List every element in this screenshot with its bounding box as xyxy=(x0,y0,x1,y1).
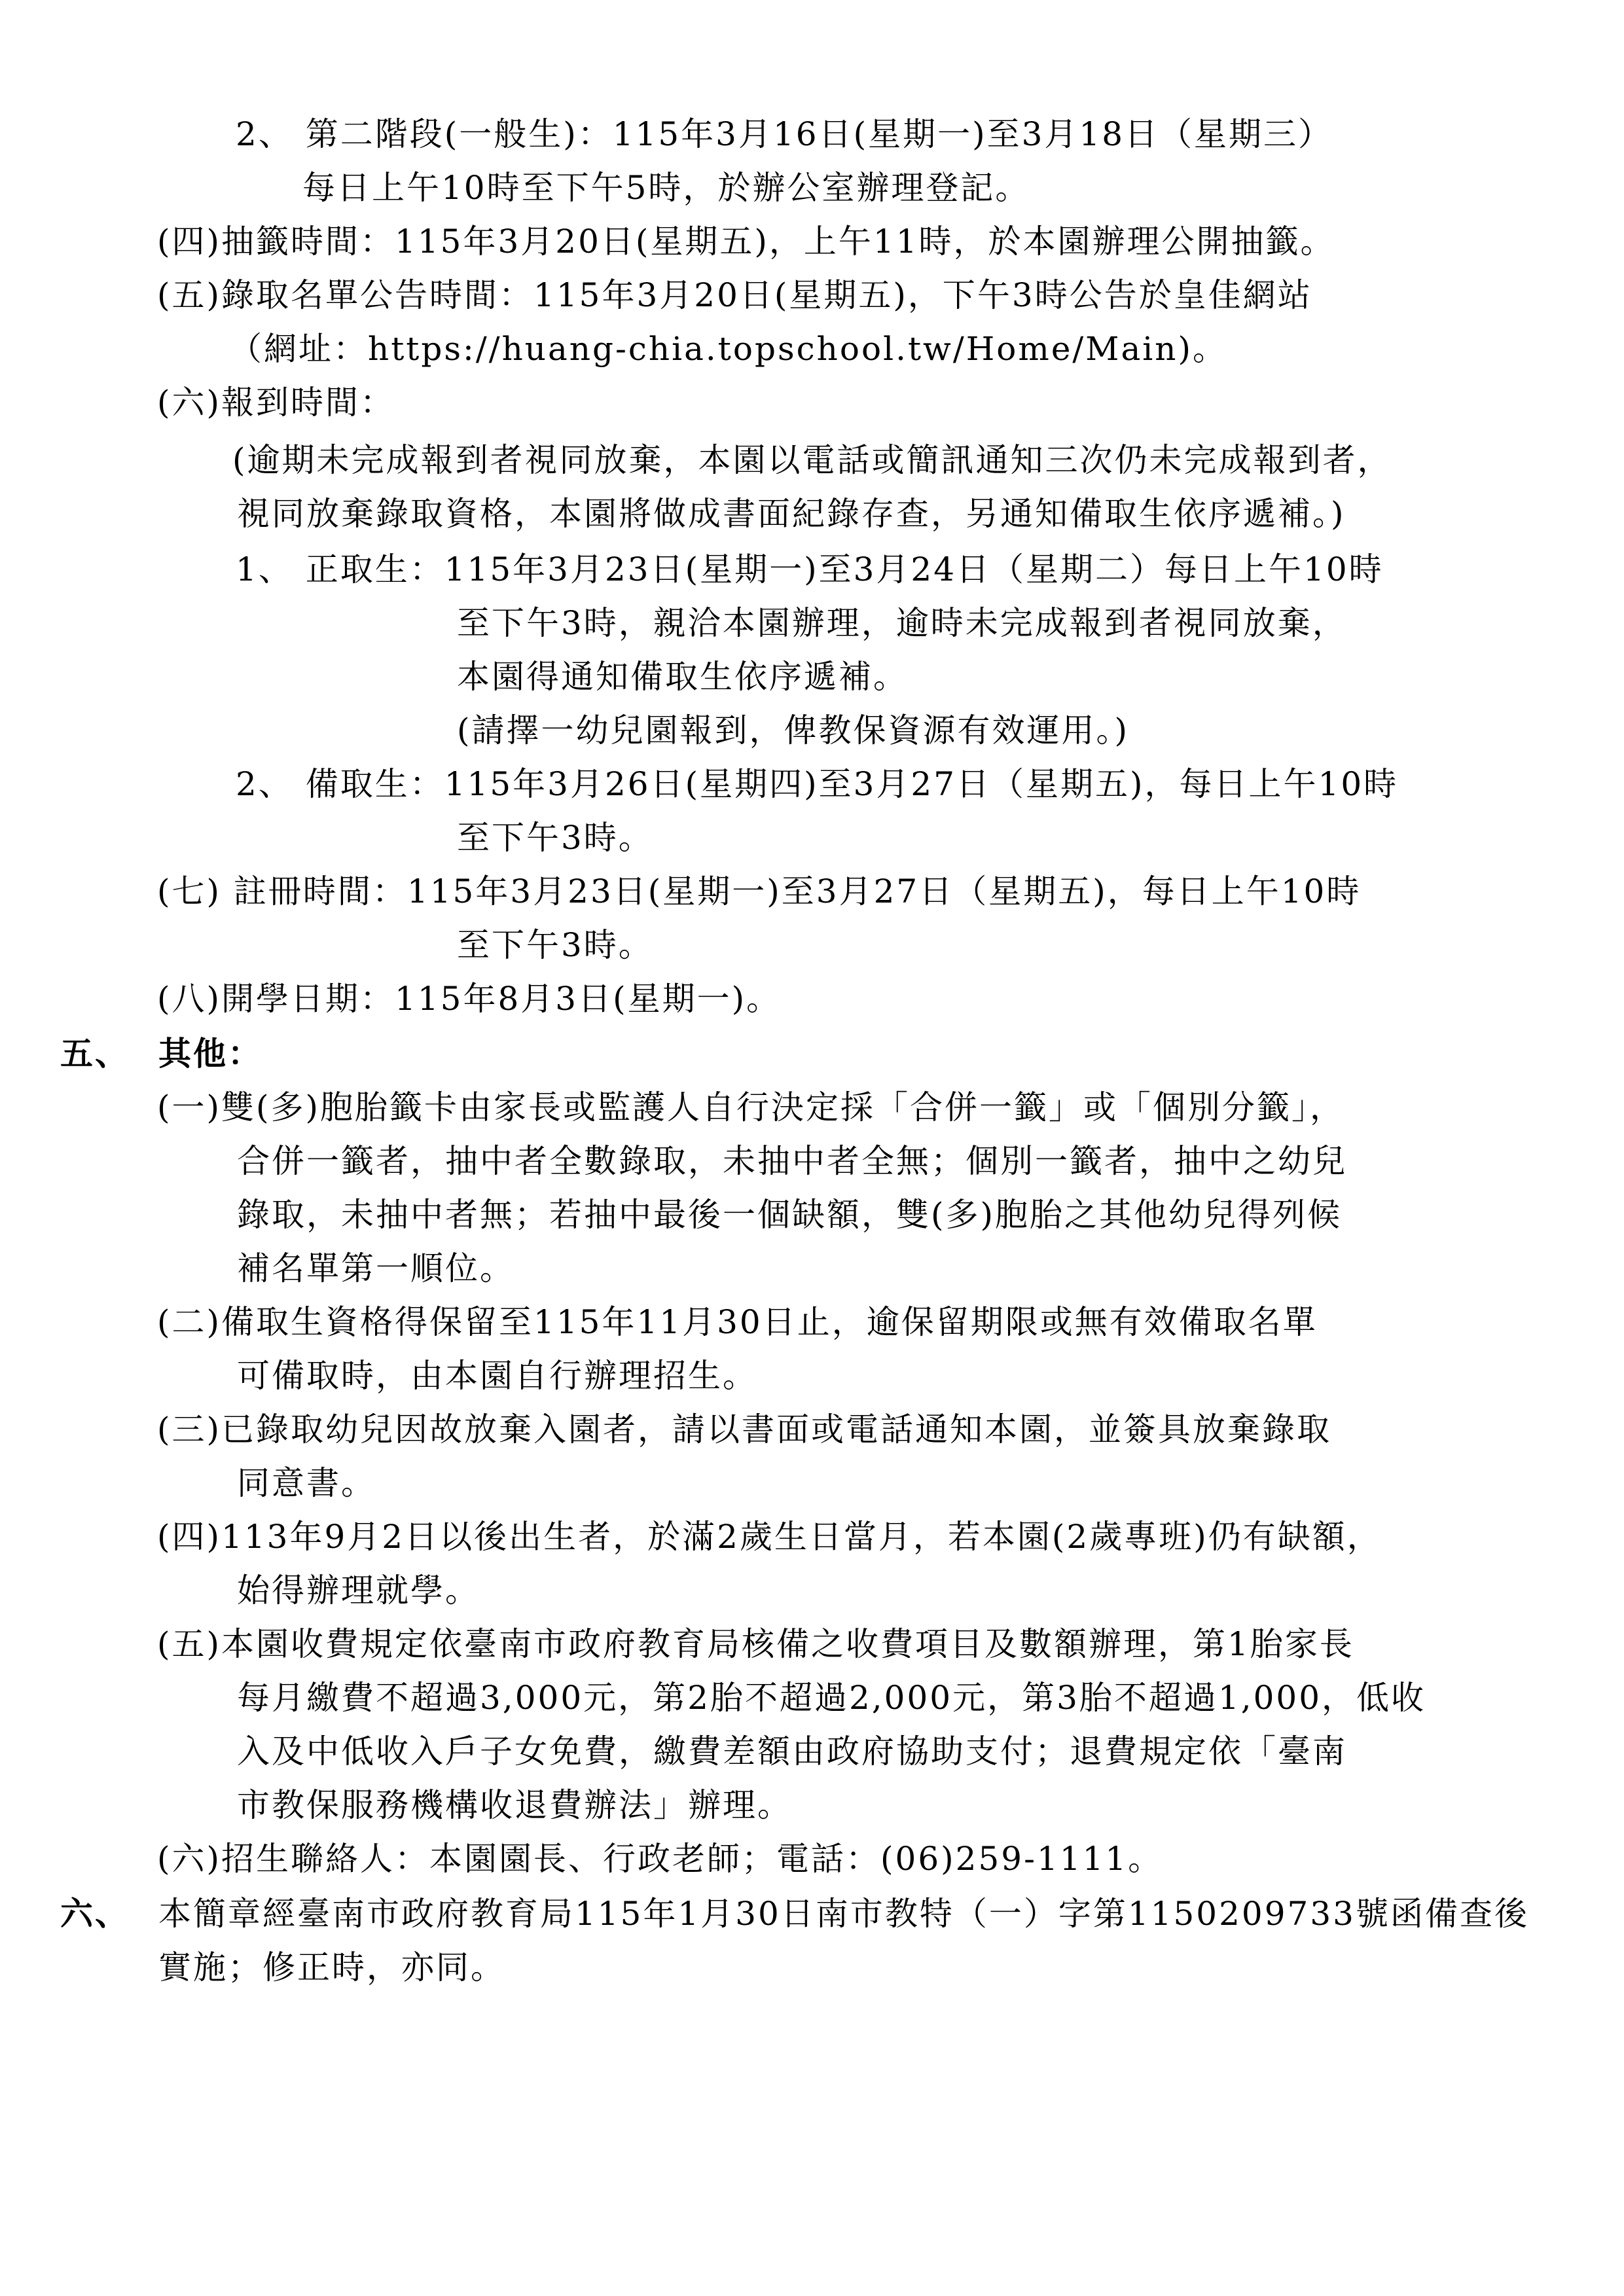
report-note-line2: 視同放棄錄取資格，本園將做成書面紀錄存查，另通知備取生依序遞補。) xyxy=(237,491,1346,537)
document-page: 2、 第二階段(一般生)：115年3月16日(星期一)至3月18日（星期三） 每… xyxy=(0,0,1624,2296)
list-marker: (四) xyxy=(157,219,221,264)
section5-item5-line1: (五)本園收費規定依臺南市政府教育局核備之收費項目及數額辦理，第1胎家長 xyxy=(157,1621,1354,1667)
section5-item3-line1: (三)已錄取幼兒因故放棄入園者，請以書面或電話通知本園，並簽具放棄錄取 xyxy=(157,1407,1331,1452)
list-marker: (五) xyxy=(157,1621,221,1667)
list-marker: 2、 xyxy=(236,761,293,807)
registration-stage2-line1: 2、 第二階段(一般生)：115年3月16日(星期一)至3月18日（星期三） xyxy=(236,111,1333,157)
section5-item5-line3: 入及中低收入戶子女免費，繳費差額由政府協助支付；退費規定依「臺南 xyxy=(237,1729,1347,1774)
section5-item1-line4: 補名單第一順位。 xyxy=(237,1246,514,1291)
list-marker: (六) xyxy=(157,380,221,425)
school-start-date: (八)開學日期：115年8月3日(星期一)。 xyxy=(157,976,781,1022)
section5-item5-line2: 每月繳費不超過3,000元，第2胎不超過2,000元，第3胎不超過1,000，低… xyxy=(237,1675,1426,1721)
announcement-website-link[interactable]: （網址：https://huang-chia.topschool.tw/Home… xyxy=(229,326,1227,372)
list-marker: (一) xyxy=(157,1085,221,1130)
report-time-title: (六)報到時間： xyxy=(157,380,395,425)
section5-heading: 五、其他： xyxy=(60,1031,262,1077)
list-marker: (五) xyxy=(157,272,221,318)
list-marker: 1、 xyxy=(236,547,293,592)
section5-item1-line2: 合併一籤者，抽中者全數錄取，未抽中者全無；個別一籤者，抽中之幼兒 xyxy=(237,1138,1347,1184)
list-marker: (四) xyxy=(157,1514,221,1560)
list-marker: (七) xyxy=(157,869,221,914)
regular-admission-line4: (請擇一幼兒園報到，俾教保資源有效運用。) xyxy=(457,708,1129,753)
section5-item4-line1: (四)113年9月2日以後出生者，於滿2歲生日當月，若本園(2歲專班)仍有缺額， xyxy=(157,1514,1382,1560)
enrollment-time-line1: (七) 註冊時間：115年3月23日(星期一)至3月27日（星期五)，每日上午1… xyxy=(157,869,1361,914)
list-marker: (二) xyxy=(157,1299,221,1345)
section5-item2-line2: 可備取時，由本園自行辦理招生。 xyxy=(237,1353,757,1399)
list-marker: 2、 xyxy=(236,111,293,157)
section5-item5-line4: 市教保服務機構收退費辦法」辦理。 xyxy=(237,1782,792,1828)
section-marker: 五、 xyxy=(60,1031,158,1077)
regular-admission-line2: 至下午3時，親洽本園辦理，逾時未完成報到者視同放棄， xyxy=(457,600,1347,646)
regular-admission-line3: 本園得通知備取生依序遞補。 xyxy=(457,654,908,700)
section5-item3-line2: 同意書。 xyxy=(237,1460,376,1506)
lottery-time: (四)抽籤時間：115年3月20日(星期五)，上午11時，於本園辦理公開抽籤。 xyxy=(157,219,1335,264)
section5-item2-line1: (二)備取生資格得保留至115年11月30日止，逾保留期限或無有效備取名單 xyxy=(157,1299,1318,1345)
list-marker: (三) xyxy=(157,1407,221,1452)
section5-item1-line1: (一)雙(多)胞胎籤卡由家長或監護人自行決定採「合併一籤」或「個別分籤」， xyxy=(157,1085,1344,1130)
section5-title: 其他： xyxy=(158,1034,262,1073)
section5-item4-line2: 始得辦理就學。 xyxy=(237,1568,480,1613)
section6-line1: 六、本簡章經臺南市政府教育局115年1月30日南市教特（一）字第11502097… xyxy=(60,1891,1529,1937)
section5-item1-line3: 錄取，未抽中者無；若抽中最後一個缺額，雙(多)胞胎之其他幼兒得列候 xyxy=(237,1192,1342,1238)
section5-item6-contact: (六)招生聯絡人：本園園長、行政老師；電話：(06)259-1111。 xyxy=(157,1836,1163,1882)
list-marker: (六) xyxy=(157,1836,221,1882)
registration-stage2-line2: 每日上午10時至下午5時，於辦公室辦理登記。 xyxy=(302,165,1030,211)
regular-admission-line1: 1、 正取生：115年3月23日(星期一)至3月24日（星期二）每日上午10時 xyxy=(236,547,1384,592)
list-marker: (八) xyxy=(157,976,221,1022)
waitlist-admission-line2: 至下午3時。 xyxy=(457,815,653,861)
section6-line2: 實施；修正時，亦同。 xyxy=(158,1945,505,1990)
section-marker: 六、 xyxy=(60,1891,158,1937)
report-note-line1: (逾期未完成報到者視同放棄，本園以電話或簡訊通知三次仍未完成報到者， xyxy=(232,437,1392,483)
waitlist-admission-line1: 2、 備取生：115年3月26日(星期四)至3月27日（星期五)，每日上午10時 xyxy=(236,761,1398,807)
announcement-time-line1: (五)錄取名單公告時間：115年3月20日(星期五)，下午3時公告於皇佳網站 xyxy=(157,272,1312,318)
enrollment-time-line2: 至下午3時。 xyxy=(457,922,653,968)
